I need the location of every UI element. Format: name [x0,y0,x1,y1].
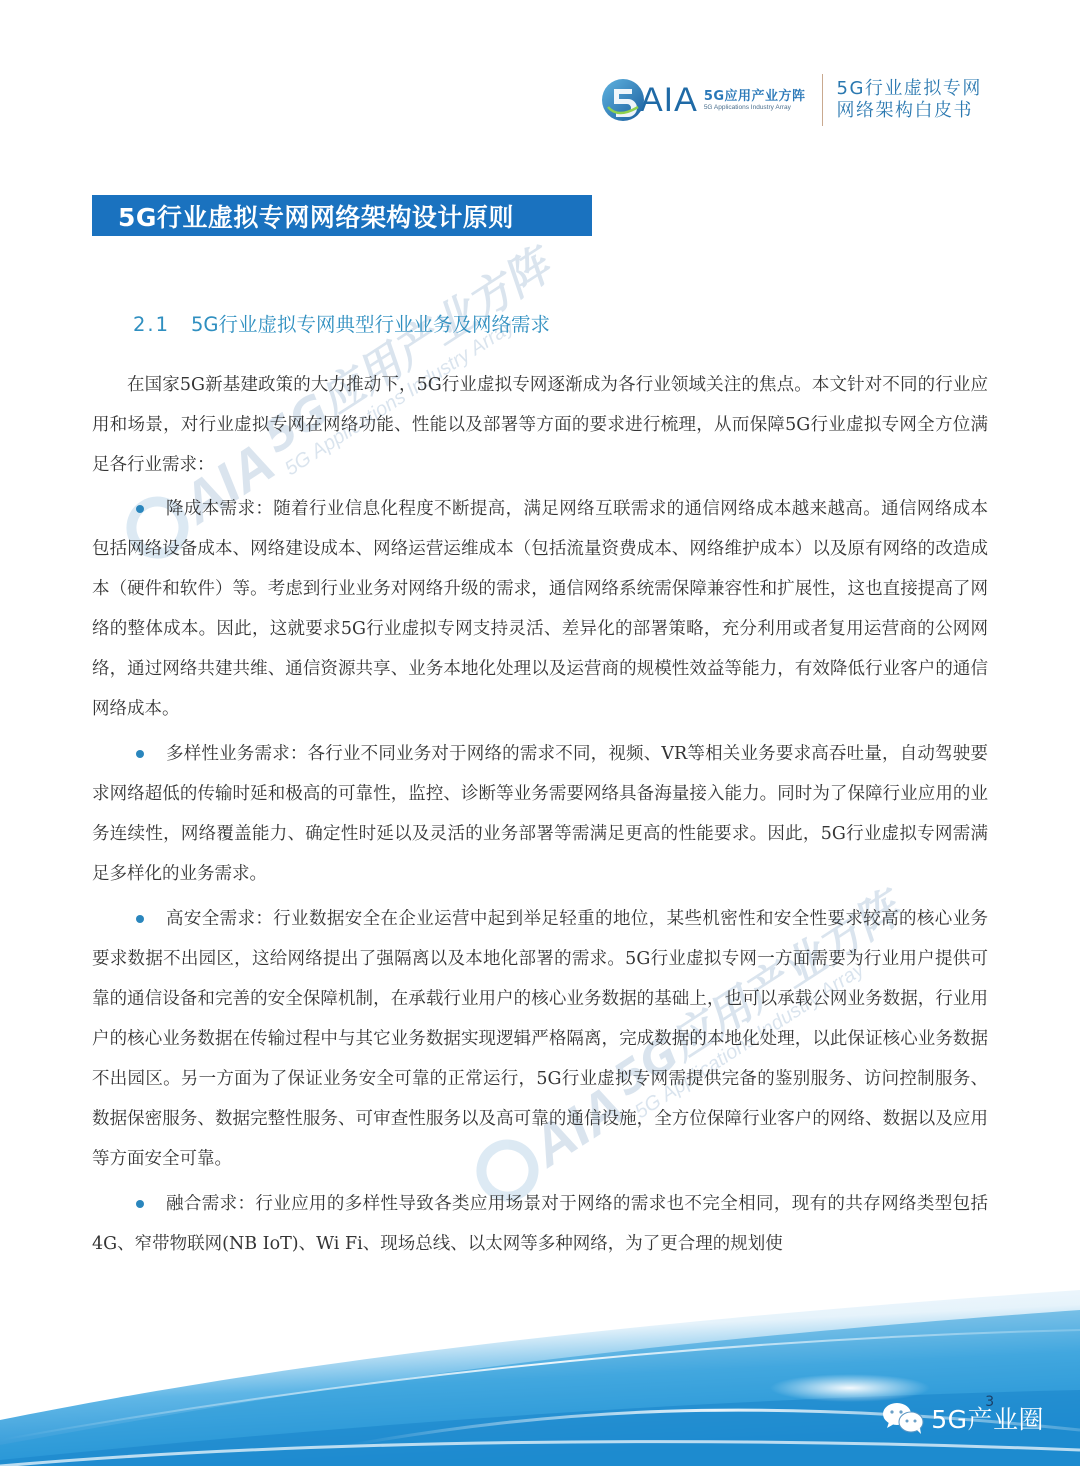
bullet-item-security: 高安全需求：行业数据安全在企业运营中起到举足轻重的地位，某些机密性和安全性要求较… [92,899,988,1179]
bullet-item-cost: 降成本需求：随着行业信息化程度不断提高，满足网络互联需求的通信网络成本越来越高。… [92,489,988,729]
document-title-line-2: 网络架构白皮书 [837,100,982,122]
logo-name-cn: 5G应用产业方阵 [704,89,806,104]
wechat-account-tag: 5G产业圈 3 [881,1400,1044,1436]
bullet-text: 高安全需求：行业数据安全在企业运营中起到举足轻重的地位，某些机密性和安全性要求较… [92,909,988,1169]
logo-aia-text: AIA [640,83,698,117]
bullet-text: 多样性业务需求：各行业不同业务对于网络的需求不同，视频、VR等相关业务要求高吞吐… [92,744,988,884]
wechat-icon [881,1401,927,1435]
page-header: AIA 5G应用产业方阵 5G Applications Industry Ar… [600,72,1000,128]
section-title: 5G行业虚拟专网典型行业业务及网络需求 [191,309,550,337]
bullet-dot-icon [136,505,144,513]
chapter-banner: 5G行业虚拟专网网络架构设计原则 [92,195,592,236]
aia-swirl-icon [600,77,646,123]
bullet-dot-icon [136,750,144,758]
aia-logo: AIA 5G应用产业方阵 5G Applications Industry Ar… [600,72,806,128]
body-content: 在国家5G新基建政策的大力推动下，5G行业虚拟专网逐渐成为各行业领域关注的焦点。… [92,365,988,1267]
bullet-item-convergence: 融合需求：行业应用的多样性导致各类应用场景对于网络的需求也不完全相同，现有的共存… [92,1184,988,1264]
section-number: 2.1 [133,313,191,336]
chapter-title: 5G行业虚拟专网网络架构设计原则 [118,198,514,234]
wechat-account-name: 5G产业圈 3 [931,1400,1044,1436]
document-title: 5G行业虚拟专网 网络架构白皮书 [837,78,982,122]
header-divider [822,74,823,126]
logo-name-en: 5G Applications Industry Array [704,104,806,112]
bullet-dot-icon [136,915,144,923]
page-number: 3 [985,1394,994,1410]
intro-paragraph: 在国家5G新基建政策的大力推动下，5G行业虚拟专网逐渐成为各行业领域关注的焦点。… [92,365,988,485]
document-title-line-1: 5G行业虚拟专网 [837,78,982,100]
footer-wave-graphic: 5G产业圈 3 [0,1270,1080,1466]
section-heading: 2.1 5G行业虚拟专网典型行业业务及网络需求 [133,309,550,337]
bullet-text: 融合需求：行业应用的多样性导致各类应用场景对于网络的需求也不完全相同，现有的共存… [92,1194,988,1254]
bullet-dot-icon [136,1200,144,1208]
bullet-text: 降成本需求：随着行业信息化程度不断提高，满足网络互联需求的通信网络成本越来越高。… [92,499,988,719]
bullet-item-diversity: 多样性业务需求：各行业不同业务对于网络的需求不同，视频、VR等相关业务要求高吞吐… [92,734,988,894]
